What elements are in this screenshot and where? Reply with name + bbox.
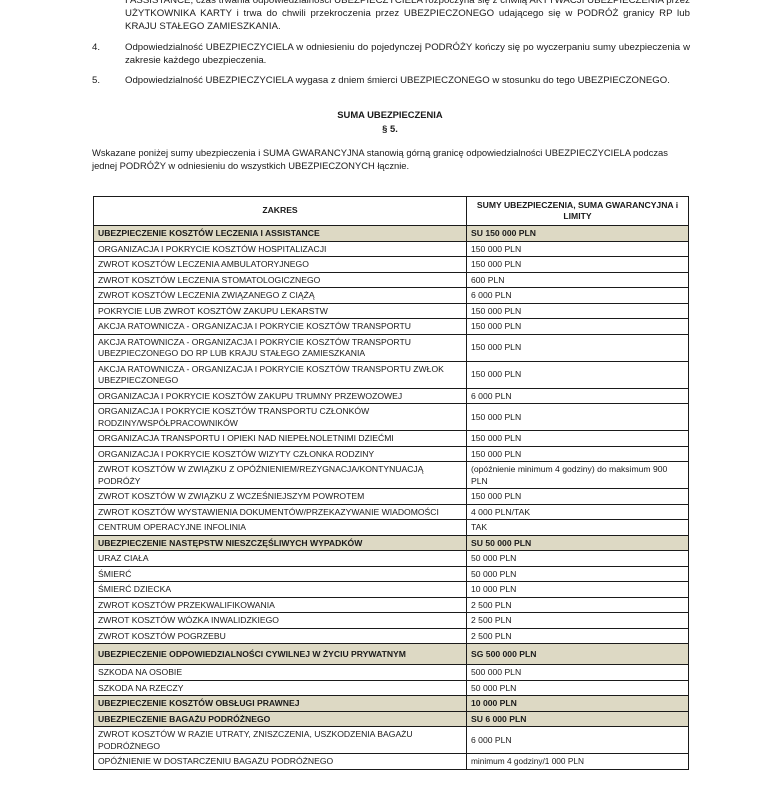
scope-cell: UBEZPIECZENIE NASTĘPSTW NIESZCZĘŚLIWYCH … [94,535,467,551]
scope-cell: ORGANIZACJA TRANSPORTU I OPIEKI NAD NIEP… [94,431,467,447]
limit-cell: 150 000 PLN [467,446,689,462]
limit-cell: 50 000 PLN [467,551,689,567]
table-row: AKCJA RATOWNICZA - ORGANIZACJA I POKRYCI… [94,361,689,388]
table-row: ORGANIZACJA TRANSPORTU I OPIEKI NAD NIEP… [94,431,689,447]
table-row: ZWROT KOSZTÓW PRZEKWALIFIKOWANIA2 500 PL… [94,597,689,613]
table-row: ZWROT KOSZTÓW LECZENIA ZWIĄZANEGO Z CIĄŻ… [94,288,689,304]
section-number: § 5. [0,122,780,135]
limit-cell: 150 000 PLN [467,334,689,361]
scope-cell: ORGANIZACJA I POKRYCIE KOSZTÓW WIZYTY CZ… [94,446,467,462]
scope-cell: AKCJA RATOWNICZA - ORGANIZACJA I POKRYCI… [94,319,467,335]
limit-cell: (opóźnienie minimum 4 godziny) do maksim… [467,462,689,489]
scope-cell: SZKODA NA RZECZY [94,680,467,696]
table-section-row: UBEZPIECZENIE KOSZTÓW LECZENIA I ASSISTA… [94,226,689,242]
limit-cell: 150 000 PLN [467,361,689,388]
scope-cell: ZWROT KOSZTÓW W ZWIĄZKU Z OPÓŹNIENIEM/RE… [94,462,467,489]
table-header-row: ZAKRES SUMY UBEZPIECZENIA, SUMA GWARANCY… [94,197,689,226]
table-row: ŚMIERĆ50 000 PLN [94,566,689,582]
table-row: ZWROT KOSZTÓW WÓZKA INWALIDZKIEGO2 500 P… [94,613,689,629]
table-row: ZWROT KOSZTÓW POGRZEBU2 500 PLN [94,628,689,644]
list-item-text: Odpowiedzialność UBEZPIECZYCIELA wygasa … [125,74,690,87]
list-item-number: 4. [92,41,100,54]
scope-cell: AKCJA RATOWNICZA - ORGANIZACJA I POKRYCI… [94,361,467,388]
limit-cell: 10 000 PLN [467,582,689,598]
scope-cell: UBEZPIECZENIE KOSZTÓW LECZENIA I ASSISTA… [94,226,467,242]
limit-cell: minimum 4 godziny/1 000 PLN [467,754,689,770]
header-limits: SUMY UBEZPIECZENIA, SUMA GWARANCYJNA i L… [467,197,689,226]
list-item-number: 5. [92,74,100,87]
table-row: ZWROT KOSZTÓW LECZENIA AMBULATORYJNEGO15… [94,257,689,273]
table-row: SZKODA NA RZECZY50 000 PLN [94,680,689,696]
scope-cell: ZWROT KOSZTÓW W ZWIĄZKU Z WCZEŚNIEJSZYM … [94,489,467,505]
limit-cell: 2 500 PLN [467,613,689,629]
document-page: I ASSISTANCE, czas trwania odpowiedzialn… [0,0,780,788]
limit-cell: 150 000 PLN [467,489,689,505]
limit-cell: 150 000 PLN [467,241,689,257]
intro-paragraph: Wskazane poniżej sumy ubezpieczenia i SU… [92,146,672,172]
limit-cell: SU 6 000 PLN [467,711,689,727]
table-row: ORGANIZACJA I POKRYCIE KOSZTÓW HOSPITALI… [94,241,689,257]
limit-cell: 4 000 PLN/TAK [467,504,689,520]
table-row: ORGANIZACJA I POKRYCIE KOSZTÓW ZAKUPU TR… [94,388,689,404]
table-row: OPÓŹNIENIE W DOSTARCZENIU BAGAŻU PODRÓŻN… [94,754,689,770]
scope-cell: SZKODA NA OSOBIE [94,665,467,681]
table-section-row: UBEZPIECZENIE BAGAŻU PODRÓŻNEGOSU 6 000 … [94,711,689,727]
table-row: POKRYCIE LUB ZWROT KOSZTÓW ZAKUPU LEKARS… [94,303,689,319]
limit-cell: 50 000 PLN [467,680,689,696]
scope-cell: URAZ CIAŁA [94,551,467,567]
section-title: SUMA UBEZPIECZENIA [0,108,780,121]
scope-cell: OPÓŹNIENIE W DOSTARCZENIU BAGAŻU PODRÓŻN… [94,754,467,770]
limit-cell: SG 500 000 PLN [467,644,689,665]
scope-cell: ZWROT KOSZTÓW W RAZIE UTRATY, ZNISZCZENI… [94,727,467,754]
table-section-row: UBEZPIECZENIE NASTĘPSTW NIESZCZĘŚLIWYCH … [94,535,689,551]
table-row: ORGANIZACJA I POKRYCIE KOSZTÓW WIZYTY CZ… [94,446,689,462]
scope-cell: ORGANIZACJA I POKRYCIE KOSZTÓW TRANSPORT… [94,404,467,431]
limit-cell: 600 PLN [467,272,689,288]
table-section-row: UBEZPIECZENIE KOSZTÓW OBSŁUGI PRAWNEJ10 … [94,696,689,712]
table-row: ZWROT KOSZTÓW W RAZIE UTRATY, ZNISZCZENI… [94,727,689,754]
limit-cell: 6 000 PLN [467,727,689,754]
table-section-row: UBEZPIECZENIE ODPOWIEDZIALNOŚCI CYWILNEJ… [94,644,689,665]
limit-cell: 2 500 PLN [467,628,689,644]
limit-cell: 150 000 PLN [467,319,689,335]
list-item-text: Odpowiedzialność UBEZPIECZYCIELA w odnie… [125,41,690,67]
scope-cell: ZWROT KOSZTÓW LECZENIA STOMATOLOGICZNEGO [94,272,467,288]
limit-cell: 500 000 PLN [467,665,689,681]
scope-cell: ZWROT KOSZTÓW LECZENIA AMBULATORYJNEGO [94,257,467,273]
table-row: ZWROT KOSZTÓW LECZENIA STOMATOLOGICZNEGO… [94,272,689,288]
scope-cell: ORGANIZACJA I POKRYCIE KOSZTÓW ZAKUPU TR… [94,388,467,404]
scope-cell: UBEZPIECZENIE KOSZTÓW OBSŁUGI PRAWNEJ [94,696,467,712]
insurance-limits-table: ZAKRES SUMY UBEZPIECZENIA, SUMA GWARANCY… [93,196,689,770]
limit-cell: 6 000 PLN [467,288,689,304]
table-row: ORGANIZACJA I POKRYCIE KOSZTÓW TRANSPORT… [94,404,689,431]
scope-cell: POKRYCIE LUB ZWROT KOSZTÓW ZAKUPU LEKARS… [94,303,467,319]
scope-cell: UBEZPIECZENIE ODPOWIEDZIALNOŚCI CYWILNEJ… [94,644,467,665]
limit-cell: SU 150 000 PLN [467,226,689,242]
limit-cell: 50 000 PLN [467,566,689,582]
limit-cell: 2 500 PLN [467,597,689,613]
scope-cell: ZWROT KOSZTÓW LECZENIA ZWIĄZANEGO Z CIĄŻ… [94,288,467,304]
limit-cell: 150 000 PLN [467,404,689,431]
scope-cell: ZWROT KOSZTÓW PRZEKWALIFIKOWANIA [94,597,467,613]
scope-cell: ZWROT KOSZTÓW WÓZKA INWALIDZKIEGO [94,613,467,629]
table-row: ZWROT KOSZTÓW WYSTAWIENIA DOKUMENTÓW/PRZ… [94,504,689,520]
header-scope: ZAKRES [94,197,467,226]
scope-cell: CENTRUM OPERACYJNE INFOLINIA [94,520,467,536]
table-row: AKCJA RATOWNICZA - ORGANIZACJA I POKRYCI… [94,319,689,335]
table-body: UBEZPIECZENIE KOSZTÓW LECZENIA I ASSISTA… [94,226,689,770]
limit-cell: 150 000 PLN [467,303,689,319]
limit-cell: 150 000 PLN [467,431,689,447]
limit-cell: 150 000 PLN [467,257,689,273]
table-row: URAZ CIAŁA50 000 PLN [94,551,689,567]
table-row: SZKODA NA OSOBIE500 000 PLN [94,665,689,681]
limit-cell: 10 000 PLN [467,696,689,712]
scope-cell: ZWROT KOSZTÓW WYSTAWIENIA DOKUMENTÓW/PRZ… [94,504,467,520]
limit-cell: 6 000 PLN [467,388,689,404]
scope-cell: UBEZPIECZENIE BAGAŻU PODRÓŻNEGO [94,711,467,727]
scope-cell: ŚMIERĆ DZIECKA [94,582,467,598]
table-row: ZWROT KOSZTÓW W ZWIĄZKU Z WCZEŚNIEJSZYM … [94,489,689,505]
continued-paragraph: I ASSISTANCE, czas trwania odpowiedzialn… [125,0,690,33]
table-row: ZWROT KOSZTÓW W ZWIĄZKU Z OPÓŹNIENIEM/RE… [94,462,689,489]
table-row: CENTRUM OPERACYJNE INFOLINIATAK [94,520,689,536]
scope-cell: ORGANIZACJA I POKRYCIE KOSZTÓW HOSPITALI… [94,241,467,257]
scope-cell: ŚMIERĆ [94,566,467,582]
table-row: ŚMIERĆ DZIECKA10 000 PLN [94,582,689,598]
scope-cell: ZWROT KOSZTÓW POGRZEBU [94,628,467,644]
table-row: AKCJA RATOWNICZA - ORGANIZACJA I POKRYCI… [94,334,689,361]
scope-cell: AKCJA RATOWNICZA - ORGANIZACJA I POKRYCI… [94,334,467,361]
limit-cell: SU 50 000 PLN [467,535,689,551]
limit-cell: TAK [467,520,689,536]
